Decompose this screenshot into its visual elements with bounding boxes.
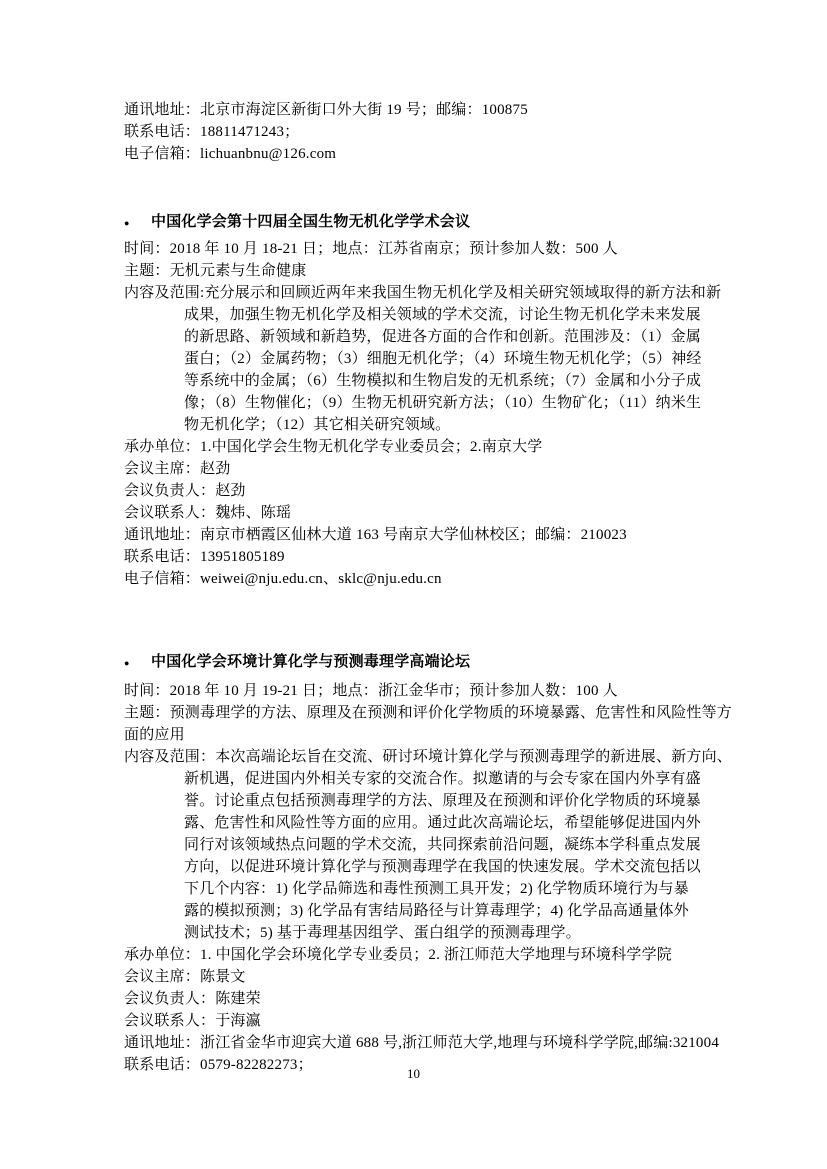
doc-line: 联系电话：13951805189 bbox=[124, 546, 706, 568]
doc-line: 通讯地址：南京市栖霞区仙林大道 163 号南京大学仙林校区；邮编：210023 bbox=[124, 524, 706, 546]
doc-line: 通讯地址：浙江省金华市迎宾大道 688 号,浙江师范大学,地理与环境科学学院,邮… bbox=[124, 1032, 706, 1054]
contact-block: 通讯地址：北京市海淀区新街口外大街 19 号；邮编：100875联系电话：188… bbox=[124, 0, 706, 165]
section-title: 中国化学会环境计算化学与预测毒理学高端论坛 bbox=[151, 651, 470, 673]
doc-line: 主题：无机元素与生命健康 bbox=[124, 260, 706, 282]
document-page: 通讯地址：北京市海淀区新街口外大街 19 号；邮编：100875联系电话：188… bbox=[0, 0, 827, 1169]
doc-line: 方向，以促进环境计算化学与预测毒理学在我国的快速发展。学术交流包括以 bbox=[124, 856, 706, 878]
doc-line: 的新思路、新领域和新趋势，促进各方面的合作和创新。范围涉及：（1）金属 bbox=[124, 326, 706, 348]
doc-line: 会议主席：赵劲 bbox=[124, 458, 706, 480]
conference-section: ●中国化学会环境计算化学与预测毒理学高端论坛时间：2018 年 10 月 19-… bbox=[124, 651, 706, 1076]
doc-line: 同行对该领域热点问题的学术交流，共同探索前沿问题，凝练本学科重点发展 bbox=[124, 834, 706, 856]
doc-line: 露、危害性和风险性等方面的应用。通过此次高端论坛，希望能够促进国内外 bbox=[124, 812, 706, 834]
section-heading: ●中国化学会环境计算化学与预测毒理学高端论坛 bbox=[124, 651, 706, 674]
contact-line: 联系电话：18811471243； bbox=[124, 121, 706, 143]
doc-line: 新机遇，促进国内外相关专家的交流合作。拟邀请的与会专家在国内外享有盛 bbox=[124, 768, 706, 790]
doc-line: 会议负责人：陈建荣 bbox=[124, 988, 706, 1010]
doc-line: 等系统中的金属；（6）生物模拟和生物启发的无机系统；（7）金属和小分子成 bbox=[124, 370, 706, 392]
document-content: 通讯地址：北京市海淀区新街口外大街 19 号；邮编：100875联系电话：188… bbox=[124, 0, 706, 1076]
doc-line: 主题：预测毒理学的方法、原理及在预测和评价化学物质的环境暴露、危害性和风险性等方 bbox=[124, 702, 706, 724]
doc-line: 像；（8）生物催化；（9）生物无机研究新方法；（10）生物矿化；（11）纳米生 bbox=[124, 392, 706, 414]
bullet-icon: ● bbox=[124, 652, 151, 674]
doc-line: 承办单位：1.中国化学会生物无机化学专业委员会；2.南京大学 bbox=[124, 436, 706, 458]
contact-line: 电子信箱：lichuanbnu@126.com bbox=[124, 143, 706, 165]
doc-line: 下几个内容：1) 化学品筛选和毒性预测工具开发；2) 化学物质环境行为与暴 bbox=[124, 878, 706, 900]
doc-line: 测试技术；5) 基于毒理基因组学、蛋白组学的预测毒理学。 bbox=[124, 922, 706, 944]
conference-section: ●中国化学会第十四届全国生物无机化学学术会议时间：2018 年 10 月 18-… bbox=[124, 211, 706, 590]
doc-line: 露的模拟预测；3) 化学品有害结局路径与计算毒理学；4) 化学品高通量体外 bbox=[124, 900, 706, 922]
bullet-icon: ● bbox=[124, 212, 151, 234]
doc-line: 会议主席：陈景文 bbox=[124, 966, 706, 988]
doc-line: 时间：2018 年 10 月 19-21 日；地点：浙江金华市；预计参加人数：1… bbox=[124, 680, 706, 702]
doc-line: 内容及范围：本次高端论坛旨在交流、研讨环境计算化学与预测毒理学的新进展、新方向、 bbox=[124, 746, 706, 768]
section-title: 中国化学会第十四届全国生物无机化学学术会议 bbox=[151, 211, 470, 233]
doc-line: 会议联系人：魏炜、陈瑶 bbox=[124, 502, 706, 524]
doc-line: 蛋白；（2）金属药物；（3）细胞无机化学；（4）环境生物无机化学；（5）神经 bbox=[124, 348, 706, 370]
page-number: 10 bbox=[0, 1066, 827, 1082]
doc-line: 内容及范围:充分展示和回顾近两年来我国生物无机化学及相关研究领域取得的新方法和新 bbox=[124, 282, 706, 304]
doc-line: 誉。讨论重点包括预测毒理学的方法、原理及在预测和评价化学物质的环境暴 bbox=[124, 790, 706, 812]
doc-line: 承办单位：1. 中国化学会环境化学专业委员；2. 浙江师范大学地理与环境科学学院 bbox=[124, 944, 706, 966]
contact-line: 通讯地址：北京市海淀区新街口外大街 19 号；邮编：100875 bbox=[124, 99, 706, 121]
doc-line: 物无机化学；（12）其它相关研究领域。 bbox=[124, 414, 706, 436]
doc-line: 会议联系人：于海瀛 bbox=[124, 1010, 706, 1032]
doc-line: 成果，加强生物无机化学及相关领域的学术交流，讨论生物无机化学未来发展 bbox=[124, 304, 706, 326]
doc-line: 会议负责人：赵劲 bbox=[124, 480, 706, 502]
doc-line: 电子信箱：weiwei@nju.edu.cn、sklc@nju.edu.cn bbox=[124, 568, 706, 590]
section-heading: ●中国化学会第十四届全国生物无机化学学术会议 bbox=[124, 211, 706, 234]
doc-line: 时间：2018 年 10 月 18-21 日；地点：江苏省南京；预计参加人数：5… bbox=[124, 238, 706, 260]
doc-line: 面的应用 bbox=[124, 724, 706, 746]
